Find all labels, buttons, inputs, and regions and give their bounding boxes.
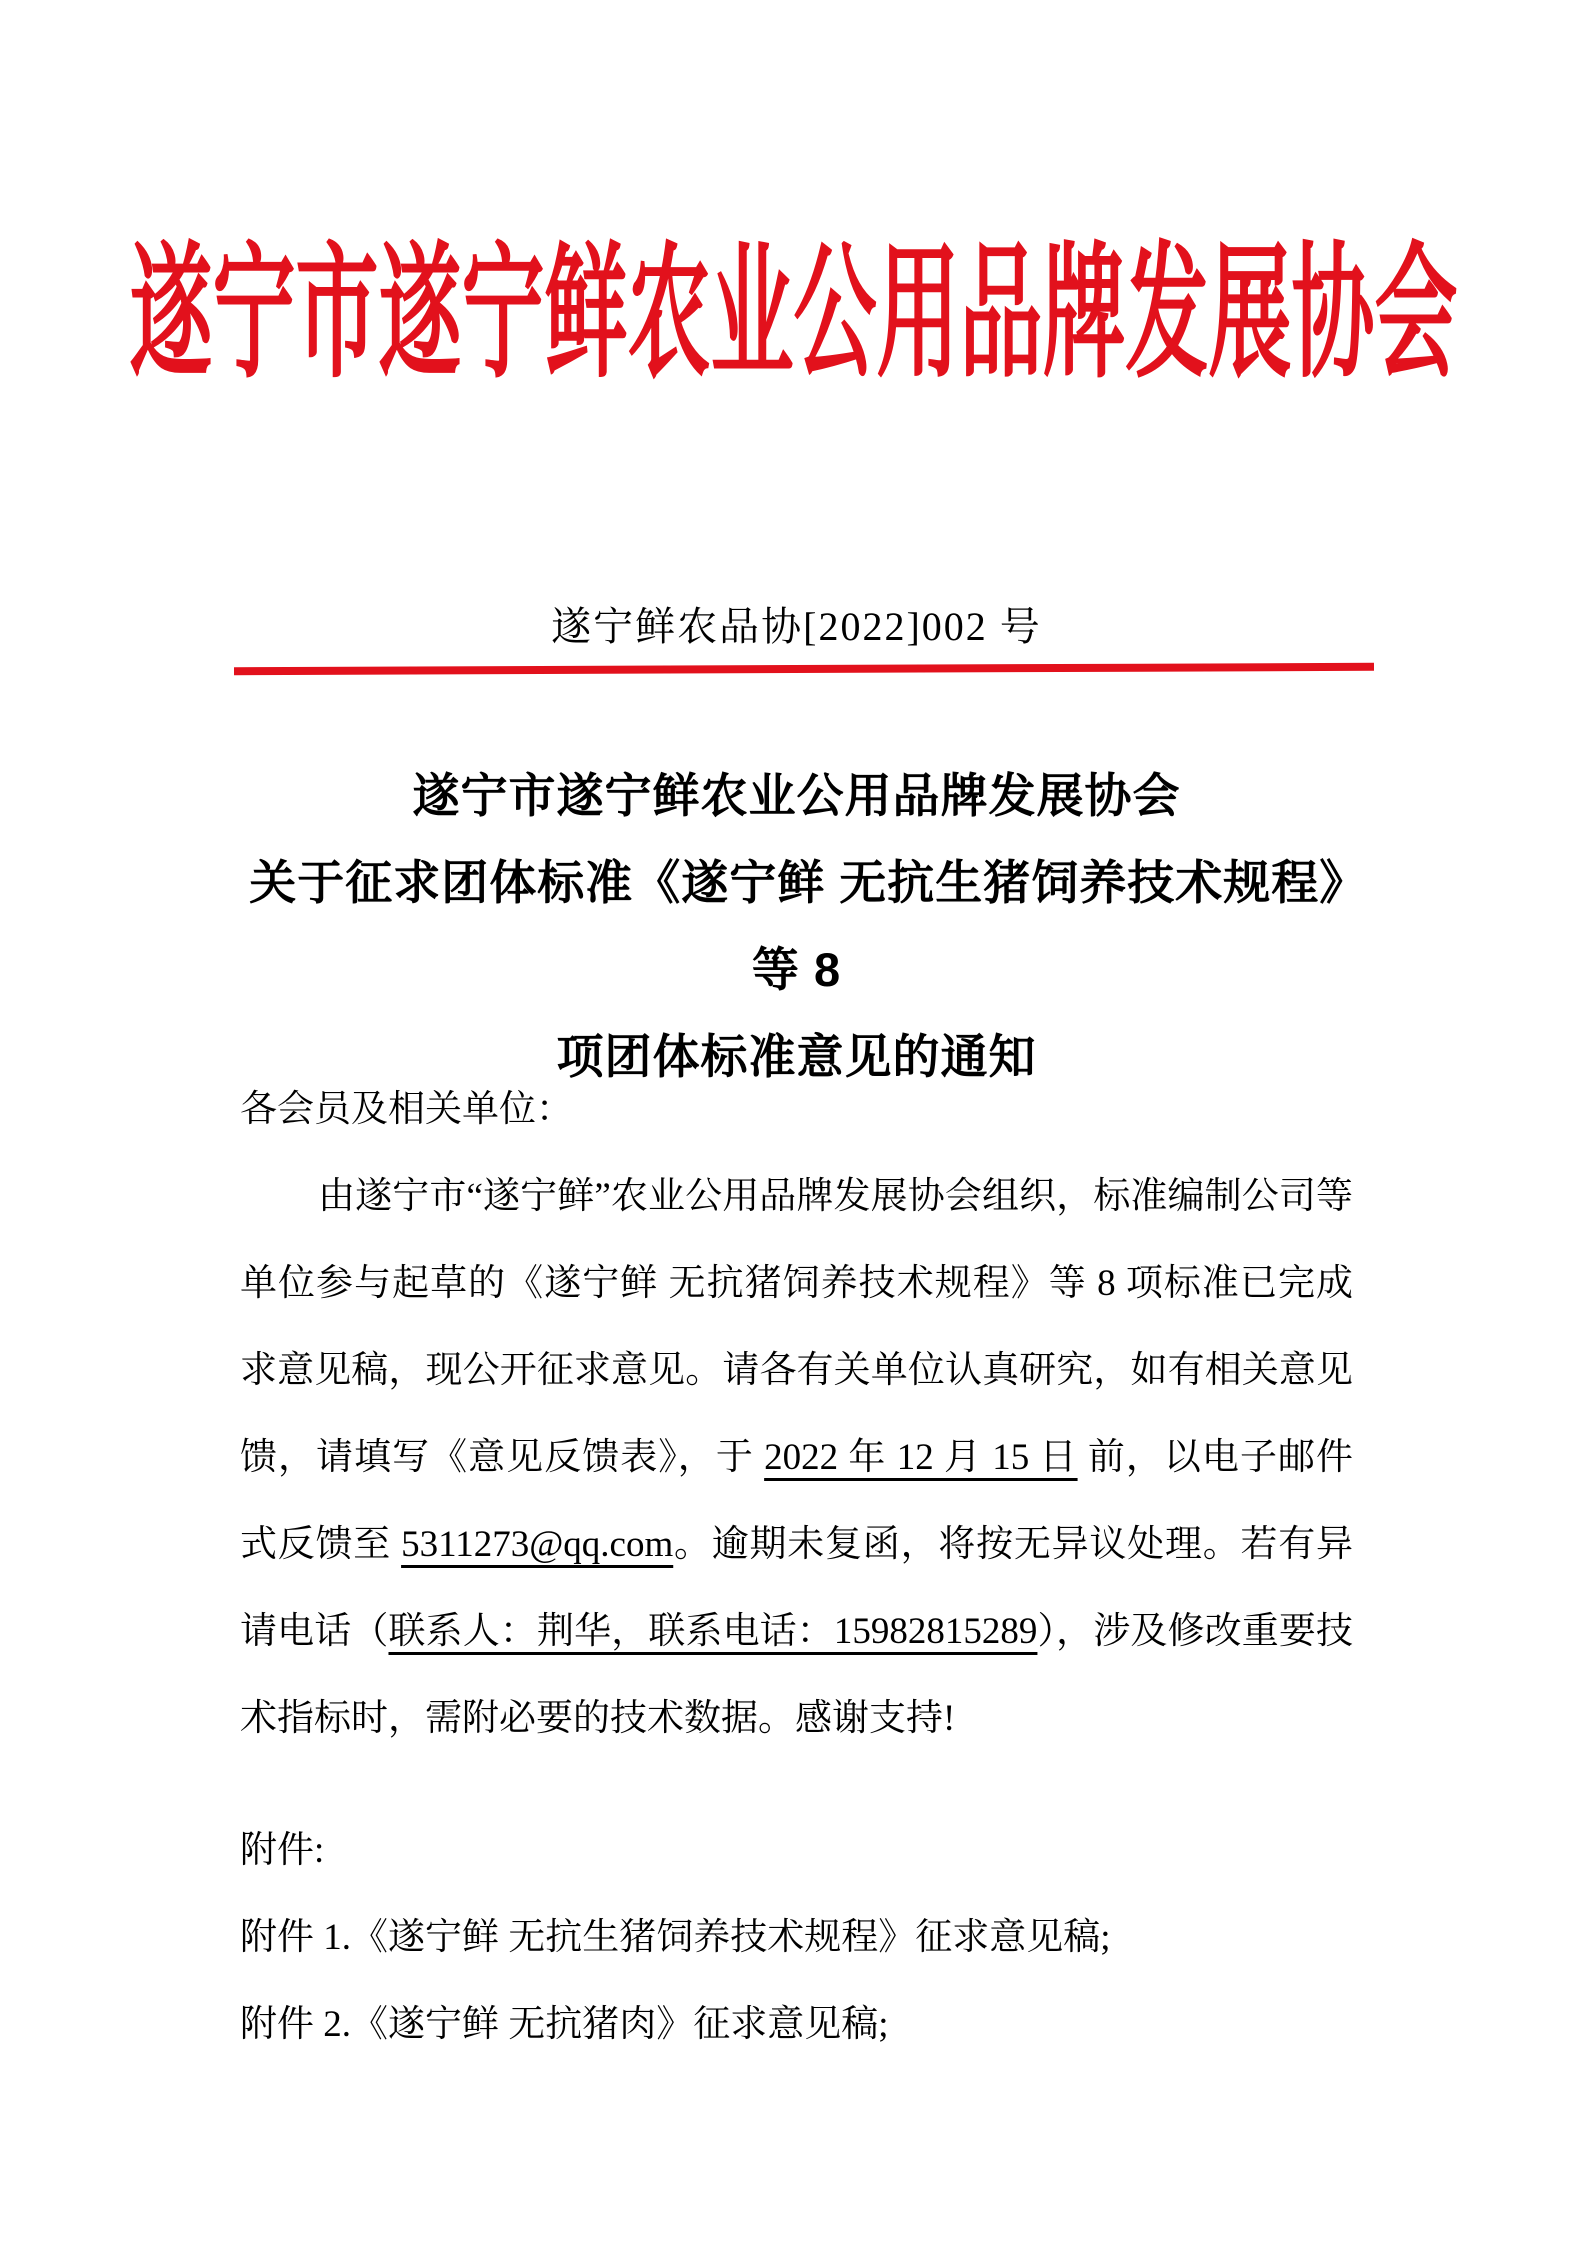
salutation: 各会员及相关单位：	[240, 1066, 1353, 1153]
attachment-item-1: 附件 1.《遂宁鲜 无抗生猪饲养技术规程》征求意见稿;	[240, 1894, 1353, 1981]
attachments: 附件: 附件 1.《遂宁鲜 无抗生猪饲养技术规程》征求意见稿; 附件 2.《遂宁…	[240, 1807, 1353, 2068]
notice-body: 各会员及相关单位： 由遂宁市“遂宁鲜”农业公用品牌发展协会组织，标准编制公司等 …	[240, 1066, 1353, 1762]
body-line: 求意见稿，现公开征求意见。请各有关单位认真研究，如有相关意见反	[240, 1327, 1353, 1414]
notice-title-line-2: 关于征求团体标准《遂宁鲜 无抗生猪饲养技术规程》等 8	[240, 839, 1353, 1013]
contact-info-underlined: 联系人：荆华，联系电话：15982815289	[388, 1611, 1037, 1652]
masthead-title: 遂宁市遂宁鲜农业公用品牌发展协会	[130, 242, 1458, 388]
notice-title: 遂宁市遂宁鲜农业公用品牌发展协会 关于征求团体标准《遂宁鲜 无抗生猪饲养技术规程…	[240, 752, 1353, 1100]
red-separator-rule	[234, 663, 1374, 675]
body-line: 馈，请填写《意见反馈表》，于 2022 年 12 月 15 日 前，以电子邮件方	[240, 1414, 1353, 1501]
body-line: 由遂宁市“遂宁鲜”农业公用品牌发展协会组织，标准编制公司等	[240, 1153, 1353, 1240]
feedback-email-underlined: 5311273@qq.com	[401, 1524, 673, 1565]
deadline-date-underlined: 2022 年 12 月 15 日	[764, 1437, 1077, 1478]
notice-title-line-1: 遂宁市遂宁鲜农业公用品牌发展协会	[240, 752, 1353, 839]
attachments-heading: 附件:	[240, 1807, 1353, 1894]
masthead: 遂宁市遂宁鲜农业公用品牌发展协会	[0, 242, 1587, 325]
body-line: 术指标时，需附必要的技术数据。感谢支持!	[240, 1675, 1353, 1762]
body-line: 请电话（联系人：荆华，联系电话：15982815289），涉及修改重要技	[240, 1588, 1353, 1675]
attachment-item-2: 附件 2.《遂宁鲜 无抗猪肉》征求意见稿;	[240, 1981, 1353, 2068]
doc-number: 遂宁鲜农品协[2022]002 号	[240, 603, 1353, 651]
document-page: 遂宁市遂宁鲜农业公用品牌发展协会 遂宁鲜农品协[2022]002 号 遂宁市遂宁…	[0, 0, 1587, 2245]
body-line: 单位参与起草的《遂宁鲜 无抗猪饲养技术规程》等 8 项标准已完成征	[240, 1240, 1353, 1327]
body-line: 式反馈至 5311273@qq.com。逾期未复函，将按无异议处理。若有异议	[240, 1501, 1353, 1588]
